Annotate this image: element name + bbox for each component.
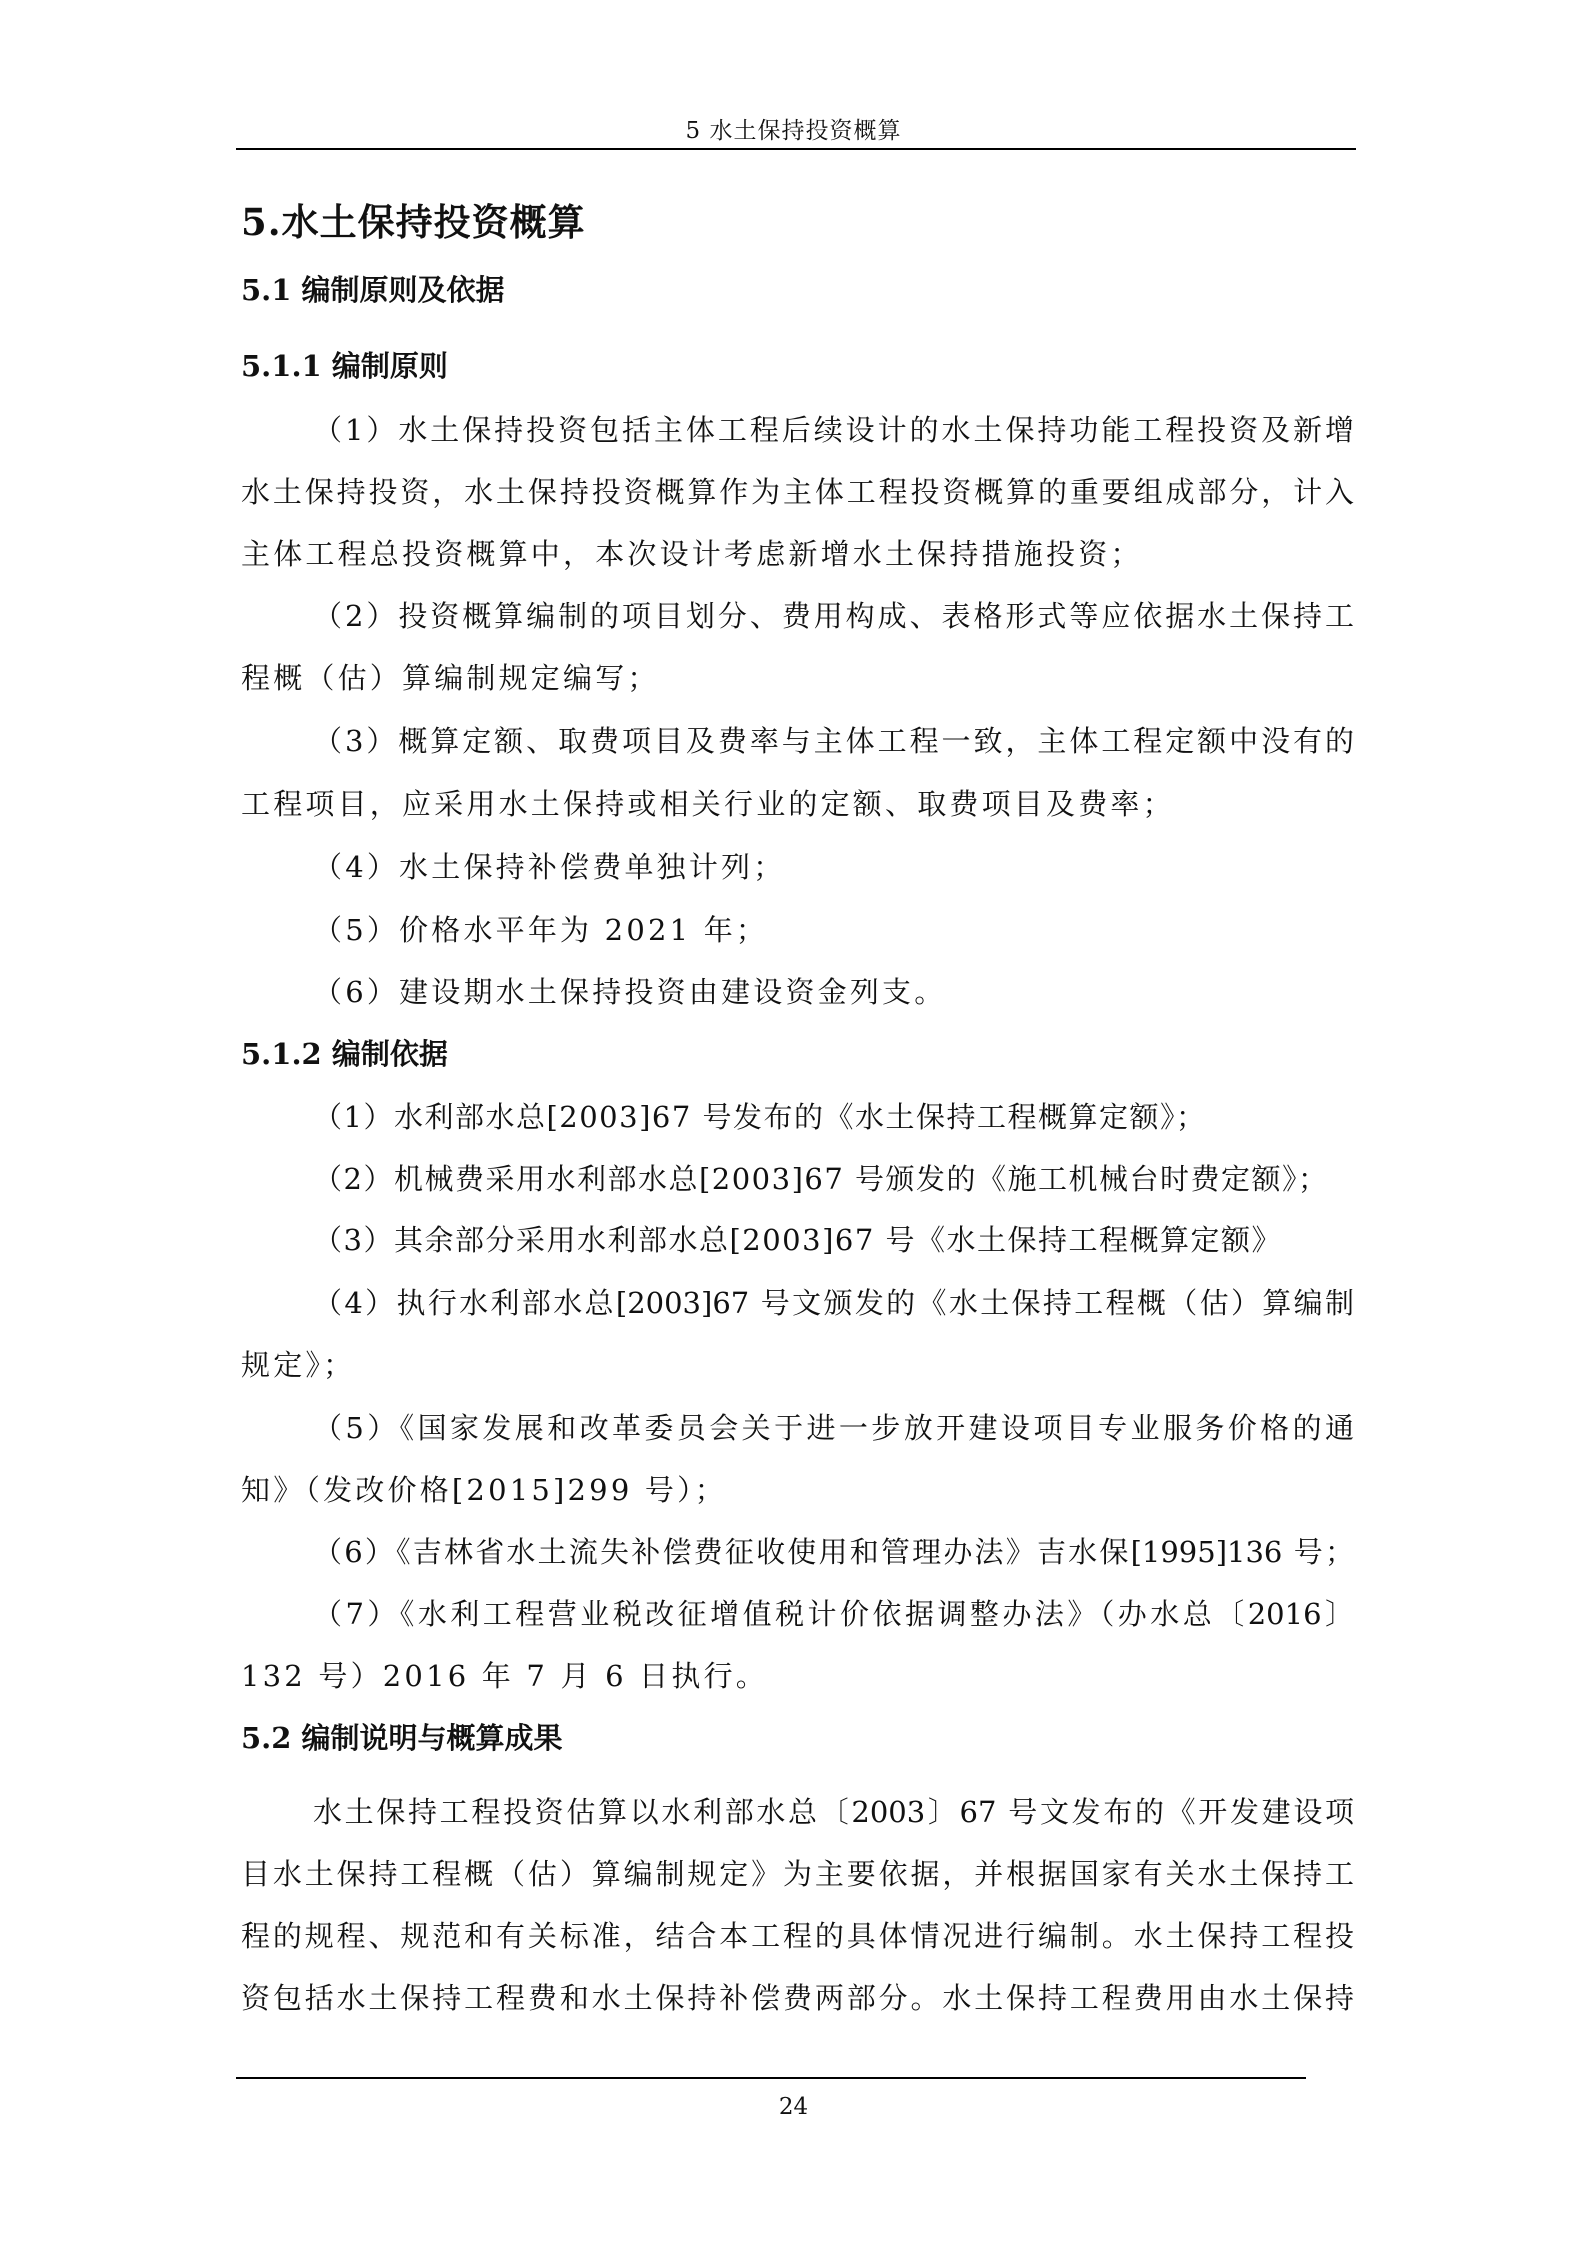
paragraph-line: 水土保持投资，水土保持投资概算作为主体工程投资概算的重要组成部分，计入 xyxy=(241,470,1354,511)
section-heading-5-2: 5.2 编制说明与概算成果 xyxy=(241,1716,563,1757)
paragraph-line: 132 号）2016 年 7 月 6 日执行。 xyxy=(241,1654,768,1695)
paragraph-line: 程的规程、规范和有关标准，结合本工程的具体情况进行编制。水土保持工程投 xyxy=(241,1914,1354,1955)
paragraph-line: 知》（发改价格[2015]299 号）； xyxy=(241,1468,727,1509)
paragraph-line: （5）《国家发展和改革委员会关于进一步放开建设项目专业服务价格的通 xyxy=(313,1406,1354,1447)
paragraph-line: 工程项目，应采用水土保持或相关行业的定额、取费项目及费率； xyxy=(241,782,1175,823)
running-header: 5 水土保持投资概算 xyxy=(0,112,1587,145)
paragraph-line: （2）投资概算编制的项目划分、费用构成、表格形式等应依据水土保持工 xyxy=(313,594,1354,635)
header-rule xyxy=(236,148,1356,150)
paragraph-line: （1）水土保持投资包括主体工程后续设计的水土保持功能工程投资及新增 xyxy=(313,408,1354,449)
paragraph-line: （4）水土保持补偿费单独计列； xyxy=(313,845,785,886)
paragraph-line: （4）执行水利部水总[2003]67 号文颁发的《水土保持工程概（估）算编制 xyxy=(313,1281,1354,1322)
footer-rule xyxy=(236,2077,1306,2079)
paragraph-line: （1）水利部水总[2003]67 号发布的《水土保持工程概算定额》； xyxy=(313,1095,1207,1136)
paragraph-line: （3）其余部分采用水利部水总[2003]67 号《水土保持工程概算定额》 xyxy=(313,1218,1282,1259)
section-heading-5-1: 5.1 编制原则及依据 xyxy=(241,268,505,309)
paragraph-line: （3）概算定额、取费项目及费率与主体工程一致，主体工程定额中没有的 xyxy=(313,719,1354,760)
chapter-title: 5.水土保持投资概算 xyxy=(241,192,586,246)
paragraph-line: （6）建设期水土保持投资由建设资金列支。 xyxy=(313,970,946,1011)
paragraph-line: 水土保持工程投资估算以水利部水总〔2003〕67 号文发布的《开发建设项 xyxy=(313,1790,1354,1831)
paragraph-line: （7）《水利工程营业税改征增值税计价依据调整办法》（办水总〔2016〕 xyxy=(313,1592,1354,1633)
paragraph-line: 资包括水土保持工程费和水土保持补偿费两部分。水土保持工程费用由水土保持 xyxy=(241,1976,1354,2017)
paragraph-line: 规定》； xyxy=(241,1343,355,1384)
paragraph-line: 目水土保持工程概（估）算编制规定》为主要依据，并根据国家有关水土保持工 xyxy=(241,1852,1354,1893)
paragraph-line: （5）价格水平年为 2021 年； xyxy=(313,908,768,949)
section-heading-5-1-1: 5.1.1 编制原则 xyxy=(241,344,448,385)
paragraph-line: （6）《吉林省水土流失补偿费征收使用和管理办法》吉水保[1995]136 号； xyxy=(313,1530,1354,1571)
paragraph-line: （2）机械费采用水利部水总[2003]67 号颁发的《施工机械台时费定额》； xyxy=(313,1157,1329,1198)
section-heading-5-1-2: 5.1.2 编制依据 xyxy=(241,1032,448,1073)
paragraph-line: 程概（估）算编制规定编写； xyxy=(241,656,660,697)
paragraph-line: 主体工程总投资概算中，本次设计考虑新增水土保持措施投资； xyxy=(241,532,1143,573)
page-number: 24 xyxy=(0,2094,1587,2120)
